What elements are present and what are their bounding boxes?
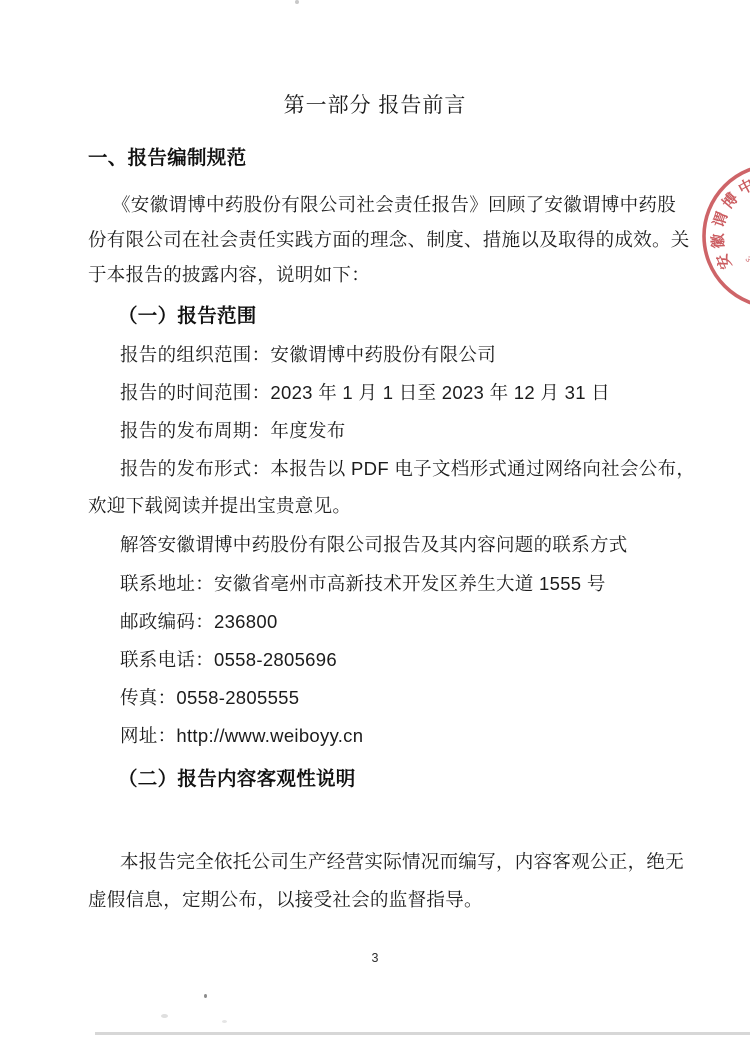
scan-speck (204, 994, 207, 998)
svg-text:安徽谓博中药股份有限公司: 安徽谓博中药股份有限公司 (709, 169, 750, 280)
line-postal-code: 邮政编码：236800 (120, 610, 278, 633)
section-heading-compilation-standard: 一、报告编制规范 (88, 147, 246, 170)
scan-speck (295, 0, 299, 4)
line-website: 网址：http://www.weiboyy.cn (120, 724, 363, 747)
intro-line-2: 份有限公司在社会责任实践方面的理念、制度、措施以及取得的成效。关 (88, 228, 690, 251)
page-title: 第一部分 报告前言 (0, 89, 750, 119)
line-contact-address: 联系地址：安徽省亳州市高新技术开发区养生大道 1555 号 (120, 572, 606, 595)
scanned-report-page: 第一部分 报告前言 一、报告编制规范 《安徽谓博中药股份有限公司社会责任报告》回… (0, 0, 750, 1038)
line-time-range: 报告的时间范围：2023 年 1 月 1 日至 2023 年 12 月 31 日 (120, 381, 610, 404)
company-seal-stamp: 安徽谓博中药股份有限公司 3411 (695, 156, 750, 316)
intro-line-3: 于本报告的披露内容，说明如下： (88, 263, 370, 286)
scan-speck (161, 1014, 168, 1018)
line-contact-intro: 解答安徽谓博中药股份有限公司报告及其内容问题的联系方式 (120, 533, 628, 556)
intro-line-1: 《安徽谓博中药股份有限公司社会责任报告》回顾了安徽谓博中药股 (112, 193, 676, 216)
line-fax: 传真：0558-2805555 (120, 686, 299, 709)
objectivity-line-2: 虚假信息，定期公布，以接受社会的监督指导。 (88, 888, 483, 911)
line-release-form-cont: 欢迎下载阅读并提出宝贵意见。 (88, 494, 351, 517)
line-release-cycle: 报告的发布周期：年度发布 (120, 419, 346, 442)
subheading-objectivity: （二）报告内容客观性说明 (118, 768, 356, 791)
objectivity-line-1: 本报告完全依托公司生产经营实际情况而编写，内容客观公正，绝无 (120, 850, 684, 873)
svg-text:3411: 3411 (743, 255, 750, 275)
line-release-form: 报告的发布形式：本报告以 PDF 电子文档形式通过网络向社会公布， (120, 457, 695, 480)
page-number: 3 (0, 951, 750, 965)
line-phone: 联系电话：0558-2805696 (120, 648, 337, 671)
subheading-report-scope: （一）报告范围 (118, 305, 257, 328)
line-org-scope: 报告的组织范围：安徽谓博中药股份有限公司 (120, 343, 496, 366)
seal-company-name-text: 安徽谓博中药股份有限公司 (709, 169, 750, 280)
scan-page-edge (95, 1032, 750, 1035)
seal-code-text: 3411 (743, 255, 750, 275)
scan-speck (222, 1020, 227, 1023)
